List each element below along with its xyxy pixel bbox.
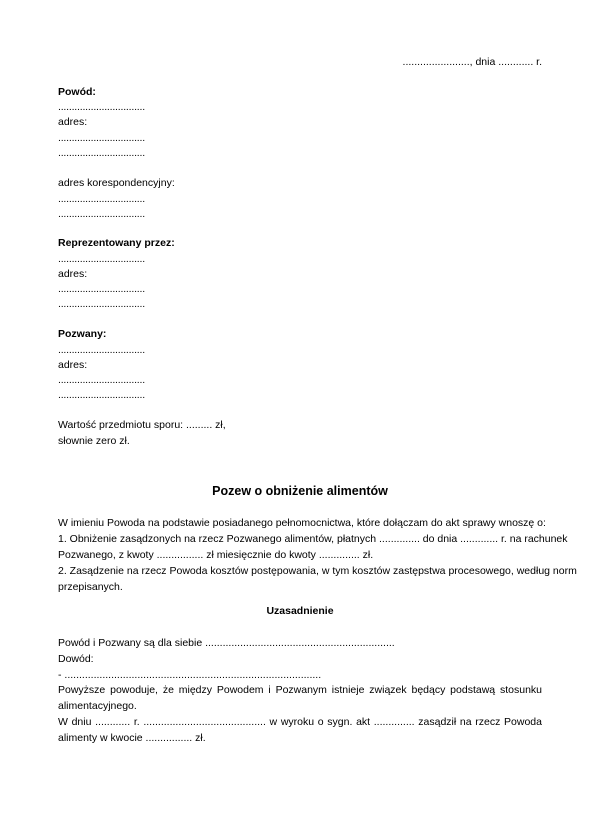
plaintiff-correspondence-line-2: ................................ [58,207,145,221]
defendant-name-field: ................................ [58,343,145,357]
plaintiff-correspondence-line-1: ................................ [58,192,145,206]
claim-value: Wartość przedmiotu sporu: ......... zł, [58,418,226,432]
representative-address-line-2: ................................ [58,297,145,311]
plaintiff-correspondence-label: adres korespondencyjny: [58,176,175,190]
defendant-label: Pozwany: [58,327,106,341]
justification-paragraph-1: Powyższe powoduje, że między Powodem i P… [58,682,542,714]
representative-name-field: ................................ [58,252,145,266]
plaintiff-address-line-1: ................................ [58,131,145,145]
justification-paragraph-2: W dniu ............ r. .................… [58,714,542,746]
justification-title: Uzasadnienie [0,605,600,617]
place-date-line: ......................., dnia ..........… [403,56,542,68]
justification-evidence-item: - ......................................… [58,668,321,682]
defendant-address-line-2: ................................ [58,388,145,402]
plaintiff-name-field: ................................ [58,100,145,114]
representative-label: Reprezentowany przez: [58,236,175,250]
representative-address-line-1: ................................ [58,282,145,296]
point-2-line-1: 2. Zasądzenie na rzecz Powoda kosztów po… [58,564,577,578]
plaintiff-label: Powód: [58,85,96,99]
justification-relation: Powód i Pozwany są dla siebie ..........… [58,636,395,650]
representative-address-label: adres: [58,267,87,281]
document-title: Pozew o obniżenie alimentów [0,484,600,498]
point-2-line-2: przepisanych. [58,580,123,594]
point-1-line-2: Pozwanego, z kwoty ................ zł m… [58,548,373,562]
intro-text: W imieniu Powoda na podstawie posiadaneg… [58,516,546,530]
point-1-line-1: 1. Obniżenie zasądzonych na rzecz Pozwan… [58,532,568,546]
plaintiff-address-line-2: ................................ [58,146,145,160]
justification-evidence-label: Dowód: [58,652,94,666]
claim-value-words: słownie zero zł. [58,434,130,448]
plaintiff-address-label: adres: [58,115,87,129]
defendant-address-label: adres: [58,358,87,372]
defendant-address-line-1: ................................ [58,373,145,387]
